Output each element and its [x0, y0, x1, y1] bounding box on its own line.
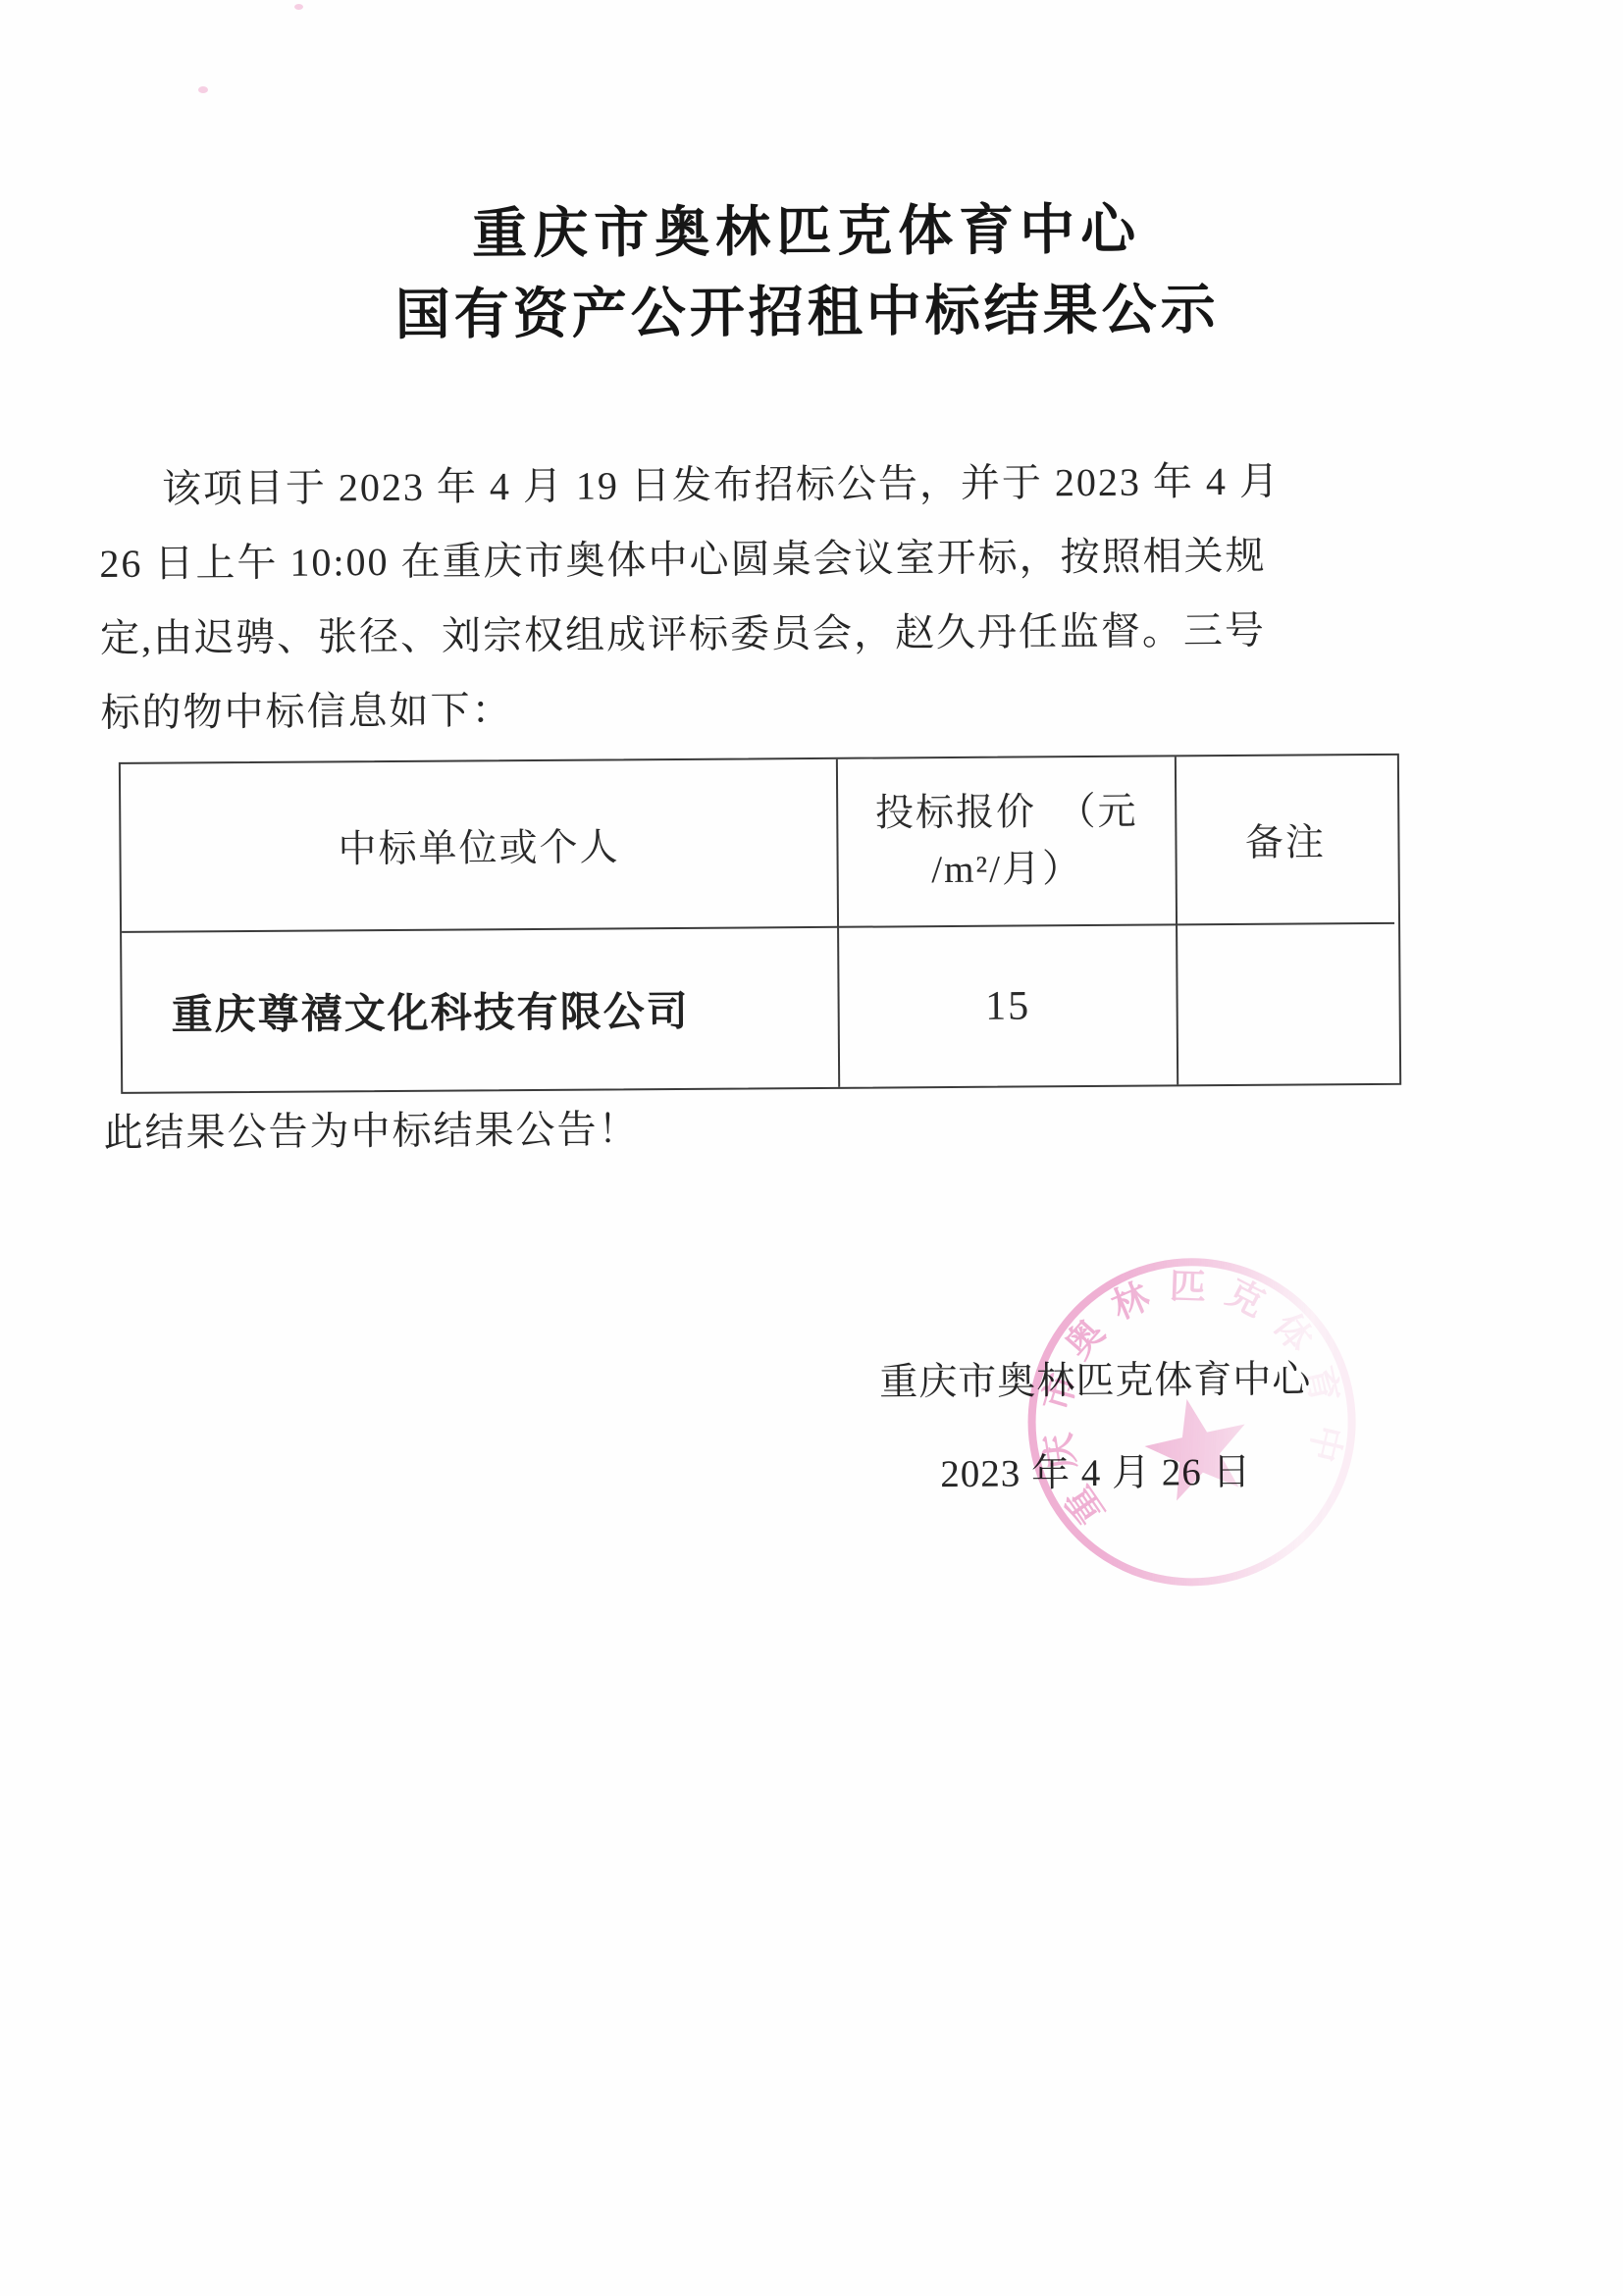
document-title-line2: 国有资产公开招租中标结果公示 — [0, 263, 1619, 353]
svg-text:重庆市奥林匹克体育中心: 重庆市奥林匹克体育中心 — [1005, 1235, 1362, 1544]
table-cell-price: 15 — [839, 925, 1178, 1086]
bid-result-table: 中标单位或个人 投标报价 （元 /m²/月） 备注 重庆尊禧文化科技有限公司 1… — [119, 754, 1401, 1094]
table-cell-remark — [1178, 924, 1395, 1085]
table-header-winner: 中标单位或个人 — [121, 759, 839, 933]
table-header-price-line1: 投标报价 （元 — [875, 784, 1138, 843]
paragraph-line: 该项目于 2023 年 4 月 19 日发布招标公告，并于 2023 年 4 月 — [99, 443, 1532, 527]
stamp-arc-text: 重庆市奥林匹克体育中心 — [1005, 1235, 1362, 1544]
announcement-paragraph: 该项目于 2023 年 4 月 19 日发布招标公告，并于 2023 年 4 月… — [99, 443, 1534, 751]
scanned-document-page: 重庆市奥林匹克体育中心 国有资产公开招租中标结果公示 该项目于 2023 年 4… — [0, 0, 1623, 2296]
document-title-line1: 重庆市奥林匹克体育中心 — [0, 183, 1618, 273]
paragraph-line: 标的物中标信息如下： — [100, 666, 1533, 751]
paragraph-line: 定,由迟骋、张径、刘宗权组成评标委员会，赵久丹任监督。三号 — [100, 592, 1533, 676]
paragraph-line: 26 日上午 10:00 在重庆市奥体中心圆桌会议室开标，按照相关规 — [99, 517, 1532, 601]
closing-statement: 此结果公告为中标结果公告！ — [103, 1098, 639, 1158]
table-cell-winner: 重庆尊禧文化科技有限公司 — [122, 928, 840, 1092]
stamp-star-icon — [1136, 1388, 1257, 1505]
document-content: 重庆市奥林匹克体育中心 国有资产公开招租中标结果公示 该项目于 2023 年 4… — [0, 0, 1623, 2296]
official-seal-stamp: 重庆市奥林匹克体育中心 — [965, 1195, 1418, 1648]
table-header-price: 投标报价 （元 /m²/月） — [838, 757, 1178, 927]
table-header-remark: 备注 — [1177, 756, 1394, 926]
table-header-price-line2: /m²/月） — [931, 841, 1082, 899]
